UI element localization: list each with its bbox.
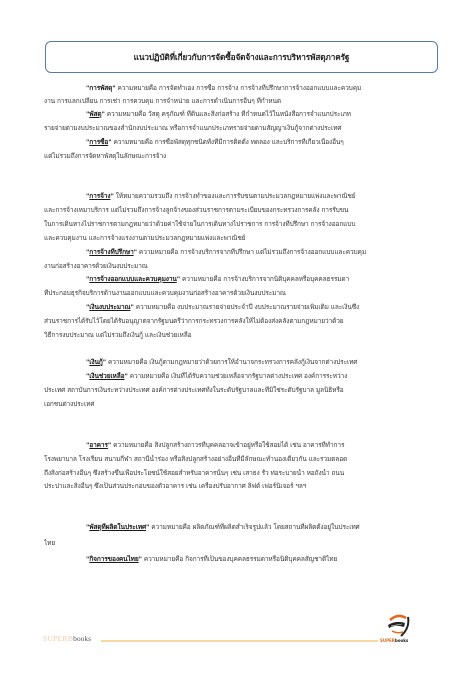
definition-term: "พัสดุ" — [86, 110, 105, 118]
definition-line: ประเทศ สถาบันการเงินระหว่างประเทศ องค์กา… — [44, 386, 440, 395]
definition-line: ประปาและสิ่งอื่นๆ ซึ่งเป็นส่วนประกอบของต… — [44, 482, 440, 491]
definition-line: และการจ้างเหมาบริการ แต่ไม่รวมถึงการจ้าง… — [44, 206, 440, 215]
logo-wordmark: SUPERbooks — [380, 638, 408, 643]
superbooks-logo: SUPERbooks — [380, 614, 416, 650]
definition-line: "การจ้าง" ให้หมายความรวมถึง การจ้างทำของ… — [86, 192, 440, 201]
definition-line: ส่วนราชการได้รับไว้โดยได้รับอนุญาตจากรัฐ… — [44, 317, 440, 326]
definition-term: "กิจการของคนไทย" — [86, 555, 142, 563]
definition-term: "การจ้าง" — [86, 192, 114, 200]
definition-line: และควบคุมงาน และการจ้างแรงงานตามประมวลกฎ… — [44, 234, 440, 243]
definition-term: "เงินงบประมาณ" — [86, 303, 134, 311]
definition-line: งาน การแลกเปลี่ยน การเช่า การควบคุม การจ… — [44, 97, 440, 106]
definition-line: เอกชนต่างประเทศ — [44, 400, 440, 409]
definition-term: "การจ้างที่ปรึกษา" — [86, 248, 137, 256]
definition-line: "เงินช่วยเหลือ" ความหมายคือ เงินที่ได้รั… — [86, 372, 440, 381]
definition-line: งานก่อสร้างอาคารด้วยเงินงบประมาณ — [44, 262, 440, 271]
definition-term: "เงินช่วยเหลือ" — [86, 372, 128, 380]
footer-divider — [101, 640, 378, 642]
definition-line: "เงินกู้" ความหมายคือ เงินกู้ตามกฎหมายว่… — [86, 358, 440, 367]
definition-term: "การพัสดุ" — [86, 84, 116, 92]
footer-brand: SUPERBbooks — [43, 634, 91, 643]
definition-line: "การพัสดุ" ความหมายคือ การจัดทำเอง การซื… — [86, 84, 440, 93]
book-swirl-icon — [384, 614, 412, 638]
definition-term: "อาคาร" — [86, 441, 111, 449]
definition-line: "การจ้างออกแบบและควบคุมงาน" ความหมายคือ … — [86, 275, 440, 284]
definition-line: "กิจการของคนไทย" ความหมายคือ กิจการที่เป… — [86, 555, 440, 564]
definition-line: "เงินงบประมาณ" ความหมายคือ งบประมาณรายจ่… — [86, 303, 440, 312]
definition-line: รายจ่ายตามงบประมาณของสำนักงบประมาณ หรือก… — [44, 124, 440, 133]
definition-line: "พัสดุ" ความหมายคือ วัสดุ ครุภัณฑ์ ที่ดิ… — [86, 110, 440, 119]
definition-line: ที่ประกอบธุรกิจบริการด้านงานออกแบบและควบ… — [44, 289, 440, 298]
title-box: แนวปฏิบัติที่เกี่ยวกับการจัดซื้อจัดจ้างแ… — [45, 41, 438, 73]
definition-term: "พัสดุที่ผลิตในประเทศ" — [86, 523, 149, 531]
definition-line: โรงพยาบาล โรงเรียน สนามกีฬา สถานีน้ำร่อง… — [44, 455, 440, 464]
footer-brand-books: books — [73, 634, 91, 643]
definition-term: "การจ้างออกแบบและควบคุมงาน" — [86, 275, 180, 283]
definition-line: ในการเดินทางไปราชการตามกฎหมายว่าด้วยค่าใ… — [44, 220, 440, 229]
definition-line: ถึงสิ่งก่อสร้างอื่นๆ ซึ่งสร้างขึ้นเพื่อป… — [44, 469, 440, 478]
definition-line: วิธีการงบประมาณ แต่ไม่รวมถึงเงินกู้ และเ… — [44, 331, 440, 340]
definition-line: "พัสดุที่ผลิตในประเทศ" ความหมายคือ ผลิตภ… — [86, 523, 440, 532]
definition-term: "การซื้อ" — [86, 138, 112, 146]
page-title: แนวปฏิบัติที่เกี่ยวกับการจัดซื้อจัดจ้างแ… — [134, 51, 350, 64]
definition-line: "การซื้อ" ความหมายคือ การซื้อพัสดุทุกชนิ… — [86, 138, 440, 147]
definition-term: "เงินกู้" — [86, 358, 106, 366]
definition-line: "อาคาร" ความหมายคือ สิ่งปลูกสร้างถาวรที่… — [86, 441, 440, 450]
definition-line: ไทย — [44, 539, 440, 548]
definition-line: แต่ไม่รวมถึงการจัดหาพัสดุในลักษณะการจ้าง — [44, 152, 440, 161]
definition-line: "การจ้างที่ปรึกษา" ความหมายคือ การจ้างบร… — [86, 248, 440, 257]
footer-brand-super: SUPERB — [43, 634, 73, 643]
